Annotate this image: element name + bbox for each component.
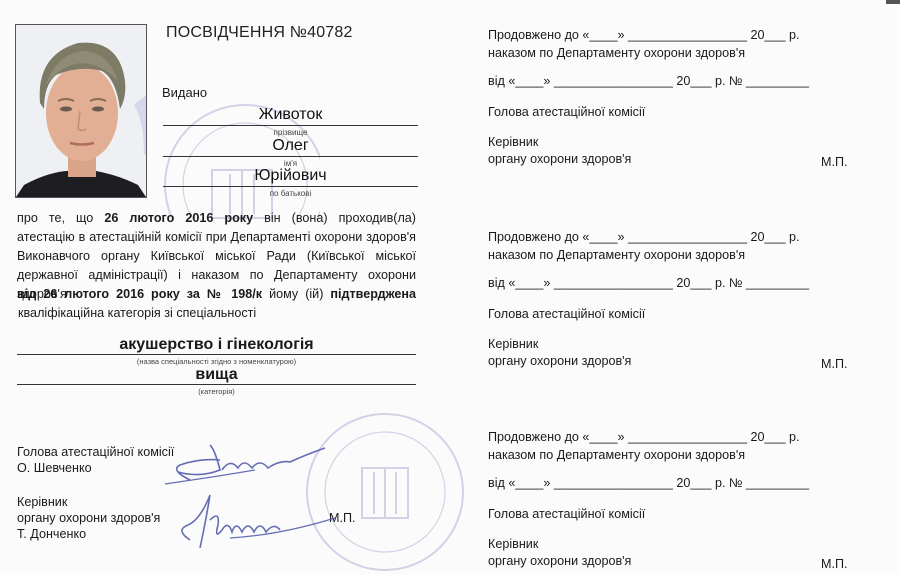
specialty-value: акушерство і гінекологія <box>17 335 416 354</box>
patronymic-caption: по батькові <box>163 189 418 199</box>
extension-1-date-line: від «____» _________________ 20___ р. № … <box>488 73 809 89</box>
issued-label: Видано <box>162 85 207 101</box>
extension-3-health-head-1: Керівник <box>488 536 538 552</box>
surname-value: Животок <box>163 106 418 124</box>
extension-3-extended-line: Продовжено до «____» _________________ 2… <box>488 429 800 445</box>
signature-commission-head <box>160 440 335 490</box>
category-field: вища (категорія) <box>17 365 416 397</box>
commission-head-title: Голова атестаційної комісії <box>17 444 174 460</box>
extension-3-date-line: від «____» _________________ 20___ р. № … <box>488 475 809 491</box>
extension-1-extended-line: Продовжено до «____» _________________ 2… <box>488 27 800 43</box>
extension-1-commission-head: Голова атестаційної комісії <box>488 104 645 120</box>
commission-head-name: О. Шевченко <box>17 460 174 476</box>
extension-2-date-line: від «____» _________________ 20___ р. № … <box>488 275 809 291</box>
specialty-underline <box>17 354 416 355</box>
extension-2-extended-line: Продовжено до «____» _________________ 2… <box>488 229 800 245</box>
category-underline <box>17 384 416 385</box>
extension-3-health-head-2: органу охорони здоров'я <box>488 553 631 569</box>
extension-2-seal-label: М.П. <box>821 356 848 372</box>
surname-field: Животок прізвище <box>163 106 418 138</box>
extension-1-health-head-2: органу охорони здоров'я <box>488 151 631 167</box>
paragraph-line-3: Виконавчого органу Київської міської Рад… <box>17 247 416 266</box>
paragraph-line-1: про те, що 26 лютого 2016 року він (вона… <box>17 209 416 228</box>
extension-3-seal-label: М.П. <box>821 556 848 572</box>
extension-3-order-line: наказом по Департаменту охорони здоров'я <box>488 447 745 463</box>
commission-head-block: Голова атестаційної комісії О. Шевченко <box>17 444 174 476</box>
certification-paragraph: про те, що 26 лютого 2016 року він (вона… <box>17 209 416 323</box>
extension-2-health-head-1: Керівник <box>488 336 538 352</box>
holder-photo <box>15 24 147 198</box>
extension-2-health-head-2: органу охорони здоров'я <box>488 353 631 369</box>
scan-corner-artifact <box>886 0 900 4</box>
health-head-title-2: органу охорони здоров'я <box>17 510 160 526</box>
extension-1-health-head-1: Керівник <box>488 134 538 150</box>
health-head-name: Т. Донченко <box>17 526 160 542</box>
surname-underline <box>163 125 418 126</box>
first-name-field: Олег ім'я <box>163 137 418 169</box>
paragraph-line-5: від 26 лютого 2016 року за № 198/к йому … <box>17 285 416 304</box>
patronymic-underline <box>163 186 418 187</box>
signature-health-head <box>170 490 340 555</box>
category-caption: (категорія) <box>17 387 416 397</box>
category-value: вища <box>17 365 416 384</box>
paragraph-line-2: атестацію в атестаційній комісії при Деп… <box>17 228 416 247</box>
health-head-block: Керівник органу охорони здоров'я Т. Донч… <box>17 494 160 542</box>
extension-2-commission-head: Голова атестаційної комісії <box>488 306 645 322</box>
paragraph-line-6: кваліфікаційна категорія зі спеціальност… <box>17 304 416 323</box>
specialty-field: акушерство і гінекологія (назва спеціаль… <box>17 335 416 367</box>
certificate-title: ПОСВІДЧЕННЯ №40782 <box>166 25 353 41</box>
patronymic-field: Юрійович по батькові <box>163 167 418 199</box>
patronymic-value: Юрійович <box>163 167 418 185</box>
paragraph-line-4: державної адміністрації) і наказом по Де… <box>17 266 416 285</box>
portrait-image <box>16 25 146 197</box>
first-name-value: Олег <box>163 137 418 155</box>
health-head-title-1: Керівник <box>17 494 160 510</box>
first-name-underline <box>163 156 418 157</box>
extension-2-order-line: наказом по Департаменту охорони здоров'я <box>488 247 745 263</box>
extension-1-order-line: наказом по Департаменту охорони здоров'я <box>488 45 745 61</box>
extension-1-seal-label: М.П. <box>821 154 848 170</box>
extension-3-commission-head: Голова атестаційної комісії <box>488 506 645 522</box>
